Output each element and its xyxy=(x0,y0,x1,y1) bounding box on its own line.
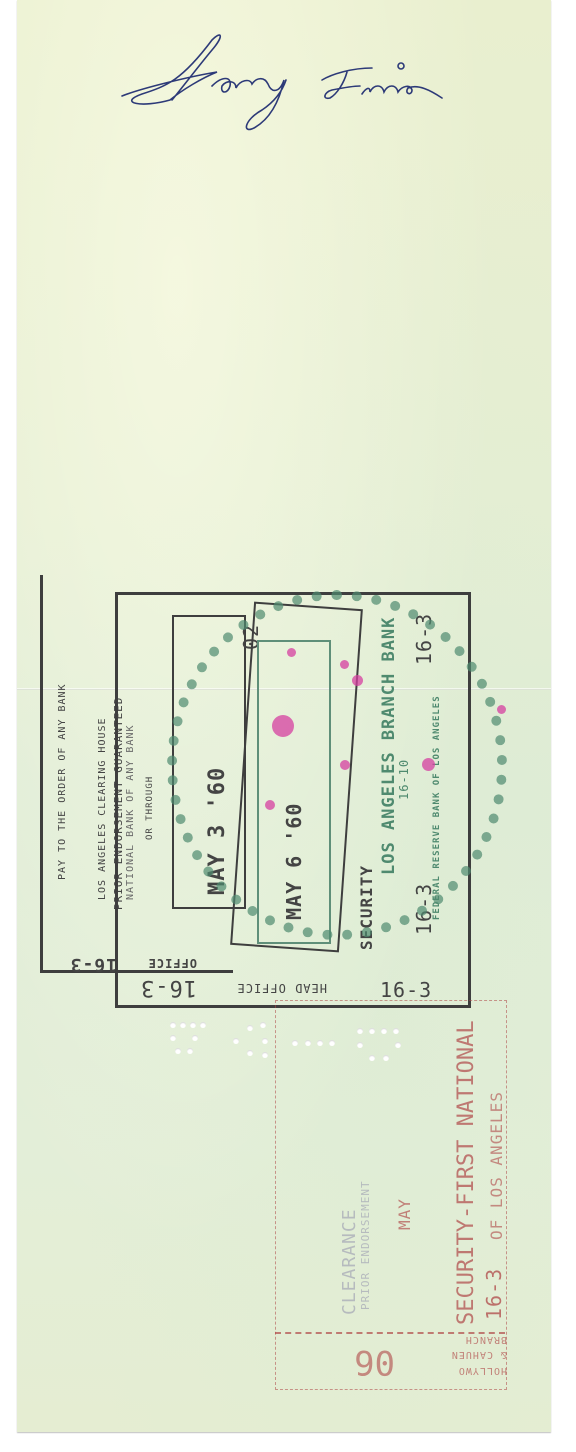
pink-ink-spot xyxy=(287,648,296,657)
left-stamp-code: 16-3 xyxy=(70,954,117,975)
bottom-code-mirrored: 16-3 xyxy=(140,975,197,1000)
red-city: OF LOS ANGELES xyxy=(487,1091,506,1240)
red-code: 16-3 xyxy=(482,1268,506,1320)
pink-ink-spot xyxy=(340,760,350,770)
pink-ink-spot xyxy=(352,675,363,686)
red-clearance: CLEARANCE xyxy=(339,1208,360,1315)
head-office-mirrored: HEAD OFFICE xyxy=(237,981,327,995)
pink-ink-spot xyxy=(340,660,349,669)
signature xyxy=(112,28,472,138)
red-bank-name: SECURITY-FIRST NATIONAL xyxy=(454,1020,479,1325)
circle-inner-code: 16-10 xyxy=(397,759,411,800)
red-endorsement: PRIOR ENDORSEMENT xyxy=(359,1180,372,1310)
left-stamp-line2: LOS ANGELES CLEARING HOUSE xyxy=(97,717,108,900)
pink-ink-spot xyxy=(272,715,294,737)
red-month: MAY xyxy=(395,1198,414,1230)
pink-ink-spot xyxy=(265,800,275,810)
circle-outer-text: FEDERAL RESERVE BANK OF LOS ANGELES xyxy=(432,695,442,920)
red-branch-line3: BRANCH xyxy=(465,1334,507,1345)
bottom-code: 16-3 xyxy=(380,978,432,1002)
left-stamp-line1: PAY TO THE ORDER OF ANY BANK xyxy=(57,683,68,880)
check-back: PAY TO THE ORDER OF ANY BANK LOS ANGELES… xyxy=(17,0,551,1432)
red-branch-line2: & CAHUEN xyxy=(451,1349,507,1360)
pink-ink-spot xyxy=(422,758,435,771)
red-branch-line1: HOLLYWO xyxy=(458,1365,507,1376)
green-circular-stamp xyxy=(167,590,507,940)
pink-ink-spot xyxy=(497,705,506,714)
red-number: 06 xyxy=(354,1342,395,1382)
